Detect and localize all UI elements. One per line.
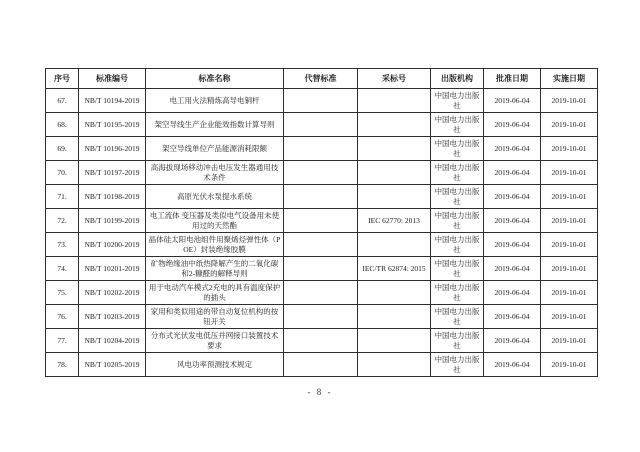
standard-code: NB/T 10204-2019 bbox=[79, 329, 146, 353]
standard-name: 家用和类似用途的带自动复位机构的按钮开关 bbox=[146, 305, 284, 329]
publisher: 中国电力出版社 bbox=[431, 89, 484, 113]
publisher: 中国电力出版社 bbox=[431, 305, 484, 329]
approval-date: 2019-06-04 bbox=[484, 113, 541, 137]
serial-number: 75. bbox=[46, 281, 79, 305]
replaced-standard bbox=[284, 209, 358, 233]
replaced-standard bbox=[284, 329, 358, 353]
adopted-standard bbox=[358, 233, 431, 257]
standard-code: NB/T 10197-2019 bbox=[79, 161, 146, 185]
standard-name: 架空导线生产企业能效指数计算导则 bbox=[146, 113, 284, 137]
table-row: 73. NB/T 10200-2019 晶体硅太阳电池组件用聚烯烃弹性体（POE… bbox=[46, 233, 598, 257]
serial-number: 69. bbox=[46, 137, 79, 161]
adopted-standard bbox=[358, 137, 431, 161]
serial-number: 78. bbox=[46, 353, 79, 377]
publisher: 中国电力出版社 bbox=[431, 281, 484, 305]
replaced-standard bbox=[284, 353, 358, 377]
publisher: 中国电力出版社 bbox=[431, 209, 484, 233]
page-number: - 8 - bbox=[0, 387, 640, 397]
publisher: 中国电力出版社 bbox=[431, 329, 484, 353]
implementation-date: 2019-10-01 bbox=[541, 305, 598, 329]
serial-number: 77. bbox=[46, 329, 79, 353]
header-adopted-standard: 采标号 bbox=[358, 69, 431, 89]
replaced-standard bbox=[284, 113, 358, 137]
header-approval-date: 批准日期 bbox=[484, 69, 541, 89]
approval-date: 2019-06-04 bbox=[484, 257, 541, 281]
header-publisher: 出版机构 bbox=[431, 69, 484, 89]
standard-name: 用于电动汽车模式2充电的具有温度保护的插头 bbox=[146, 281, 284, 305]
implementation-date: 2019-10-01 bbox=[541, 209, 598, 233]
publisher: 中国电力出版社 bbox=[431, 233, 484, 257]
approval-date: 2019-06-04 bbox=[484, 161, 541, 185]
adopted-standard bbox=[358, 305, 431, 329]
approval-date: 2019-06-04 bbox=[484, 281, 541, 305]
serial-number: 67. bbox=[46, 89, 79, 113]
table-row: 78. NB/T 10205-2019 风电功率预测技术规定 中国电力出版社 2… bbox=[46, 353, 598, 377]
replaced-standard bbox=[284, 185, 358, 209]
approval-date: 2019-06-04 bbox=[484, 89, 541, 113]
standard-code: NB/T 10202-2019 bbox=[79, 281, 146, 305]
publisher: 中国电力出版社 bbox=[431, 353, 484, 377]
adopted-standard: IEC 62770: 2013 bbox=[358, 209, 431, 233]
table-row: 70. NB/T 10197-2019 高海拔现场移动冲击电压发生器通用技术条件… bbox=[46, 161, 598, 185]
adopted-standard bbox=[358, 329, 431, 353]
implementation-date: 2019-10-01 bbox=[541, 89, 598, 113]
standard-code: NB/T 10194-2019 bbox=[79, 89, 146, 113]
standards-table: 序号 标准编号 标准名称 代替标准 采标号 出版机构 批准日期 实施日期 67.… bbox=[45, 68, 598, 377]
publisher: 中国电力出版社 bbox=[431, 185, 484, 209]
replaced-standard bbox=[284, 257, 358, 281]
document-page: 序号 标准编号 标准名称 代替标准 采标号 出版机构 批准日期 实施日期 67.… bbox=[0, 0, 640, 452]
serial-number: 70. bbox=[46, 161, 79, 185]
implementation-date: 2019-10-01 bbox=[541, 281, 598, 305]
table-row: 67. NB/T 10194-2019 电工用火法精炼高导电铜杆 中国电力出版社… bbox=[46, 89, 598, 113]
standard-code: NB/T 10200-2019 bbox=[79, 233, 146, 257]
table-row: 68. NB/T 10195-2019 架空导线生产企业能效指数计算导则 中国电… bbox=[46, 113, 598, 137]
implementation-date: 2019-10-01 bbox=[541, 257, 598, 281]
serial-number: 76. bbox=[46, 305, 79, 329]
adopted-standard: IEC/TR 62874: 2015 bbox=[358, 257, 431, 281]
standard-code: NB/T 10196-2019 bbox=[79, 137, 146, 161]
serial-number: 68. bbox=[46, 113, 79, 137]
serial-number: 71. bbox=[46, 185, 79, 209]
standard-name: 晶体硅太阳电池组件用聚烯烃弹性体（POE）封装绝缘胶膜 bbox=[146, 233, 284, 257]
adopted-standard bbox=[358, 113, 431, 137]
standard-code: NB/T 10203-2019 bbox=[79, 305, 146, 329]
publisher: 中国电力出版社 bbox=[431, 137, 484, 161]
header-standard-name: 标准名称 bbox=[146, 69, 284, 89]
table-row: 76. NB/T 10203-2019 家用和类似用途的带自动复位机构的按钮开关… bbox=[46, 305, 598, 329]
header-standard-code: 标准编号 bbox=[79, 69, 146, 89]
approval-date: 2019-06-04 bbox=[484, 137, 541, 161]
replaced-standard bbox=[284, 137, 358, 161]
implementation-date: 2019-10-01 bbox=[541, 329, 598, 353]
adopted-standard bbox=[358, 353, 431, 377]
adopted-standard bbox=[358, 281, 431, 305]
approval-date: 2019-06-04 bbox=[484, 209, 541, 233]
implementation-date: 2019-10-01 bbox=[541, 113, 598, 137]
implementation-date: 2019-10-01 bbox=[541, 353, 598, 377]
replaced-standard bbox=[284, 281, 358, 305]
table-row: 77. NB/T 10204-2019 分布式光伏发电低压并网接口装置技术要求 … bbox=[46, 329, 598, 353]
standard-name: 架空导线单位产品能源消耗限额 bbox=[146, 137, 284, 161]
header-replaced-standard: 代替标准 bbox=[284, 69, 358, 89]
standard-code: NB/T 10205-2019 bbox=[79, 353, 146, 377]
adopted-standard bbox=[358, 161, 431, 185]
approval-date: 2019-06-04 bbox=[484, 329, 541, 353]
approval-date: 2019-06-04 bbox=[484, 185, 541, 209]
table-row: 71. NB/T 10198-2019 高原光伏水泵提水系统 中国电力出版社 2… bbox=[46, 185, 598, 209]
table-row: 75. NB/T 10202-2019 用于电动汽车模式2充电的具有温度保护的插… bbox=[46, 281, 598, 305]
replaced-standard bbox=[284, 89, 358, 113]
adopted-standard bbox=[358, 185, 431, 209]
implementation-date: 2019-10-01 bbox=[541, 137, 598, 161]
publisher: 中国电力出版社 bbox=[431, 257, 484, 281]
standard-code: NB/T 10201-2019 bbox=[79, 257, 146, 281]
header-serial-number: 序号 bbox=[46, 69, 79, 89]
approval-date: 2019-06-04 bbox=[484, 353, 541, 377]
publisher: 中国电力出版社 bbox=[431, 113, 484, 137]
standard-name: 高海拔现场移动冲击电压发生器通用技术条件 bbox=[146, 161, 284, 185]
approval-date: 2019-06-04 bbox=[484, 305, 541, 329]
replaced-standard bbox=[284, 233, 358, 257]
standard-name: 风电功率预测技术规定 bbox=[146, 353, 284, 377]
standard-name: 高原光伏水泵提水系统 bbox=[146, 185, 284, 209]
publisher: 中国电力出版社 bbox=[431, 161, 484, 185]
standard-name: 分布式光伏发电低压并网接口装置技术要求 bbox=[146, 329, 284, 353]
implementation-date: 2019-10-01 bbox=[541, 185, 598, 209]
implementation-date: 2019-10-01 bbox=[541, 233, 598, 257]
standard-code: NB/T 10199-2019 bbox=[79, 209, 146, 233]
replaced-standard bbox=[284, 305, 358, 329]
implementation-date: 2019-10-01 bbox=[541, 161, 598, 185]
serial-number: 74. bbox=[46, 257, 79, 281]
standard-name: 矿物绝缘油中纸热降解产生的二氧化碳和2-糠醛的解释导则 bbox=[146, 257, 284, 281]
table-row: 74. NB/T 10201-2019 矿物绝缘油中纸热降解产生的二氧化碳和2-… bbox=[46, 257, 598, 281]
table-row: 72. NB/T 10199-2019 电工流体 变压器及类似电气设备用未使用过… bbox=[46, 209, 598, 233]
header-implementation-date: 实施日期 bbox=[541, 69, 598, 89]
serial-number: 72. bbox=[46, 209, 79, 233]
standard-name: 电工流体 变压器及类似电气设备用未使用过的天然酯 bbox=[146, 209, 284, 233]
standard-name: 电工用火法精炼高导电铜杆 bbox=[146, 89, 284, 113]
replaced-standard bbox=[284, 161, 358, 185]
table-header-row: 序号 标准编号 标准名称 代替标准 采标号 出版机构 批准日期 实施日期 bbox=[46, 69, 598, 89]
approval-date: 2019-06-04 bbox=[484, 233, 541, 257]
serial-number: 73. bbox=[46, 233, 79, 257]
adopted-standard bbox=[358, 89, 431, 113]
table-row: 69. NB/T 10196-2019 架空导线单位产品能源消耗限额 中国电力出… bbox=[46, 137, 598, 161]
standard-code: NB/T 10198-2019 bbox=[79, 185, 146, 209]
standard-code: NB/T 10195-2019 bbox=[79, 113, 146, 137]
